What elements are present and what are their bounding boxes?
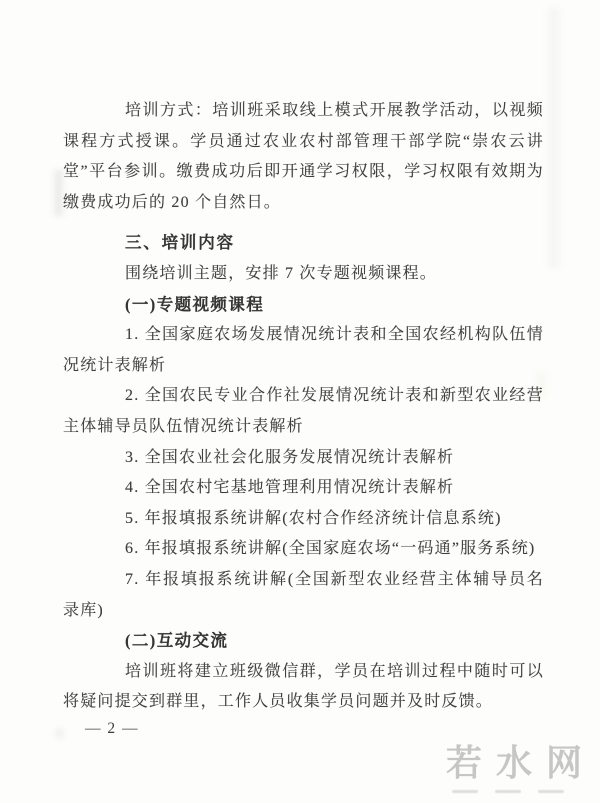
course-item-6: 6. 年报填报系统讲解(全国家庭农场“一码通”服务系统): [63, 534, 544, 565]
paragraph-course-overview: 围绕培训主题，安排 7 次专题视频课程。: [63, 259, 544, 290]
watermark-subtext-segment: [495, 790, 521, 793]
watermark-subtext: [452, 790, 596, 793]
paragraph-wechat-group: 培训班将建立班级微信群，学员在培训过程中随时可以将疑问提交到群里，工作人员收集学…: [63, 657, 544, 718]
section-heading-training-content: 三、培训内容: [63, 228, 544, 259]
course-item-7: 7. 年报填报系统讲解(全国新型农业经营主体辅导员名录库): [63, 565, 544, 626]
scan-smudge: [56, 729, 63, 738]
watermark-subtext-segment: [452, 790, 478, 793]
subsection-heading-video-courses: (一)专题视频课程: [63, 290, 544, 321]
watermark-text: 若水网: [446, 742, 596, 783]
course-item-3: 3. 全国农业社会化服务发展情况统计表解析: [63, 443, 544, 474]
watermark-subtext-segment: [538, 790, 564, 793]
scanned-page: 培训方式：培训班采取线上模式开展教学活动，以视频课程方式授课。学员通过农业农村部…: [0, 0, 600, 803]
paragraph-training-method: 培训方式：培训班采取线上模式开展教学活动，以视频课程方式授课。学员通过农业农村部…: [63, 96, 544, 218]
course-item-5: 5. 年报填报系统讲解(农村合作经济统计信息系统): [63, 504, 544, 535]
course-item-1: 1. 全国家庭农场发展情况统计表和全国农经机构队伍情况统计表解析: [63, 320, 544, 381]
course-item-4: 4. 全国农村宅基地管理利用情况统计表解析: [63, 473, 544, 504]
watermark: 若水网: [446, 745, 596, 793]
document-body: 培训方式：培训班采取线上模式开展教学活动，以视频课程方式授课。学员通过农业农村部…: [63, 96, 544, 718]
scan-smudge: [548, 8, 560, 268]
page-number: — 2 —: [85, 720, 139, 738]
course-item-2: 2. 全国农民专业合作社发展情况统计表和新型农业经营主体辅导员队伍情况统计表解析: [63, 381, 544, 442]
subsection-heading-interaction: (二)互动交流: [63, 626, 544, 657]
scan-smudge: [54, 170, 63, 216]
